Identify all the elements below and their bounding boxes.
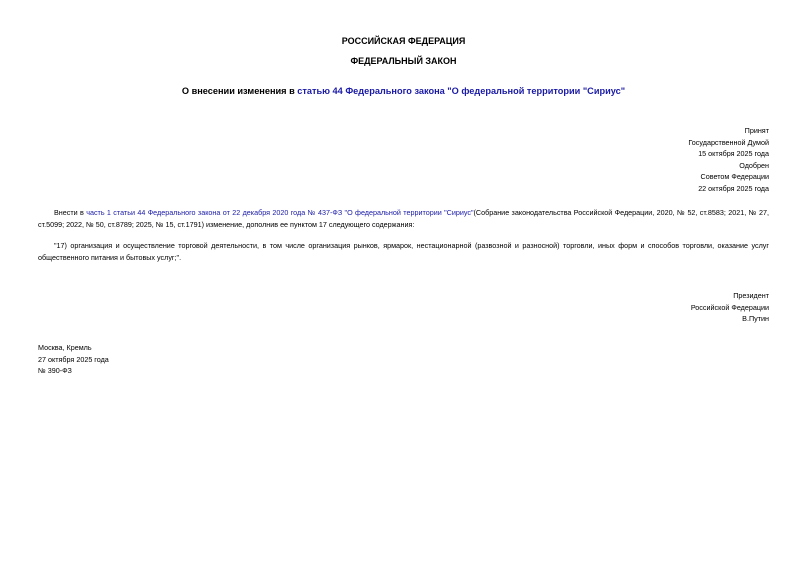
- adoption-block: Принят Государственной Думой 15 октября …: [688, 125, 769, 195]
- adoption-line: Советом Федерации: [688, 171, 769, 183]
- adoption-line: Принят: [688, 125, 769, 137]
- signature-line: В.Путин: [691, 313, 769, 325]
- signature-block: Президент Российской Федерации В.Путин: [691, 290, 769, 325]
- country-header: РОССИЙСКАЯ ФЕДЕРАЦИЯ: [0, 36, 807, 46]
- law-number-line: № 390-ФЗ: [38, 365, 109, 377]
- para1-prefix: Внести в: [54, 208, 86, 217]
- law-type-header: ФЕДЕРАЛЬНЫЙ ЗАКОН: [0, 56, 807, 66]
- article-link[interactable]: часть 1 статьи 44 Федерального закона от…: [86, 208, 473, 217]
- adoption-line: 22 октября 2025 года: [688, 183, 769, 195]
- adoption-line: 15 октября 2025 года: [688, 148, 769, 160]
- law-title-prefix: О внесении изменения в: [182, 86, 297, 96]
- adoption-line: Государственной Думой: [688, 137, 769, 149]
- body-paragraph-1: Внести в часть 1 статьи 44 Федерального …: [38, 207, 769, 230]
- date-line: 27 октября 2025 года: [38, 354, 109, 366]
- adoption-line: Одобрен: [688, 160, 769, 172]
- law-title-link[interactable]: статью 44 Федерального закона "О федерал…: [297, 86, 625, 96]
- signature-line: Российской Федерации: [691, 302, 769, 314]
- law-title: О внесении изменения в статью 44 Федерал…: [0, 86, 807, 96]
- body-paragraph-2: "17) организация и осуществление торгово…: [38, 240, 769, 263]
- place-line: Москва, Кремль: [38, 342, 109, 354]
- signature-line: Президент: [691, 290, 769, 302]
- place-date-block: Москва, Кремль 27 октября 2025 года № 39…: [38, 342, 109, 377]
